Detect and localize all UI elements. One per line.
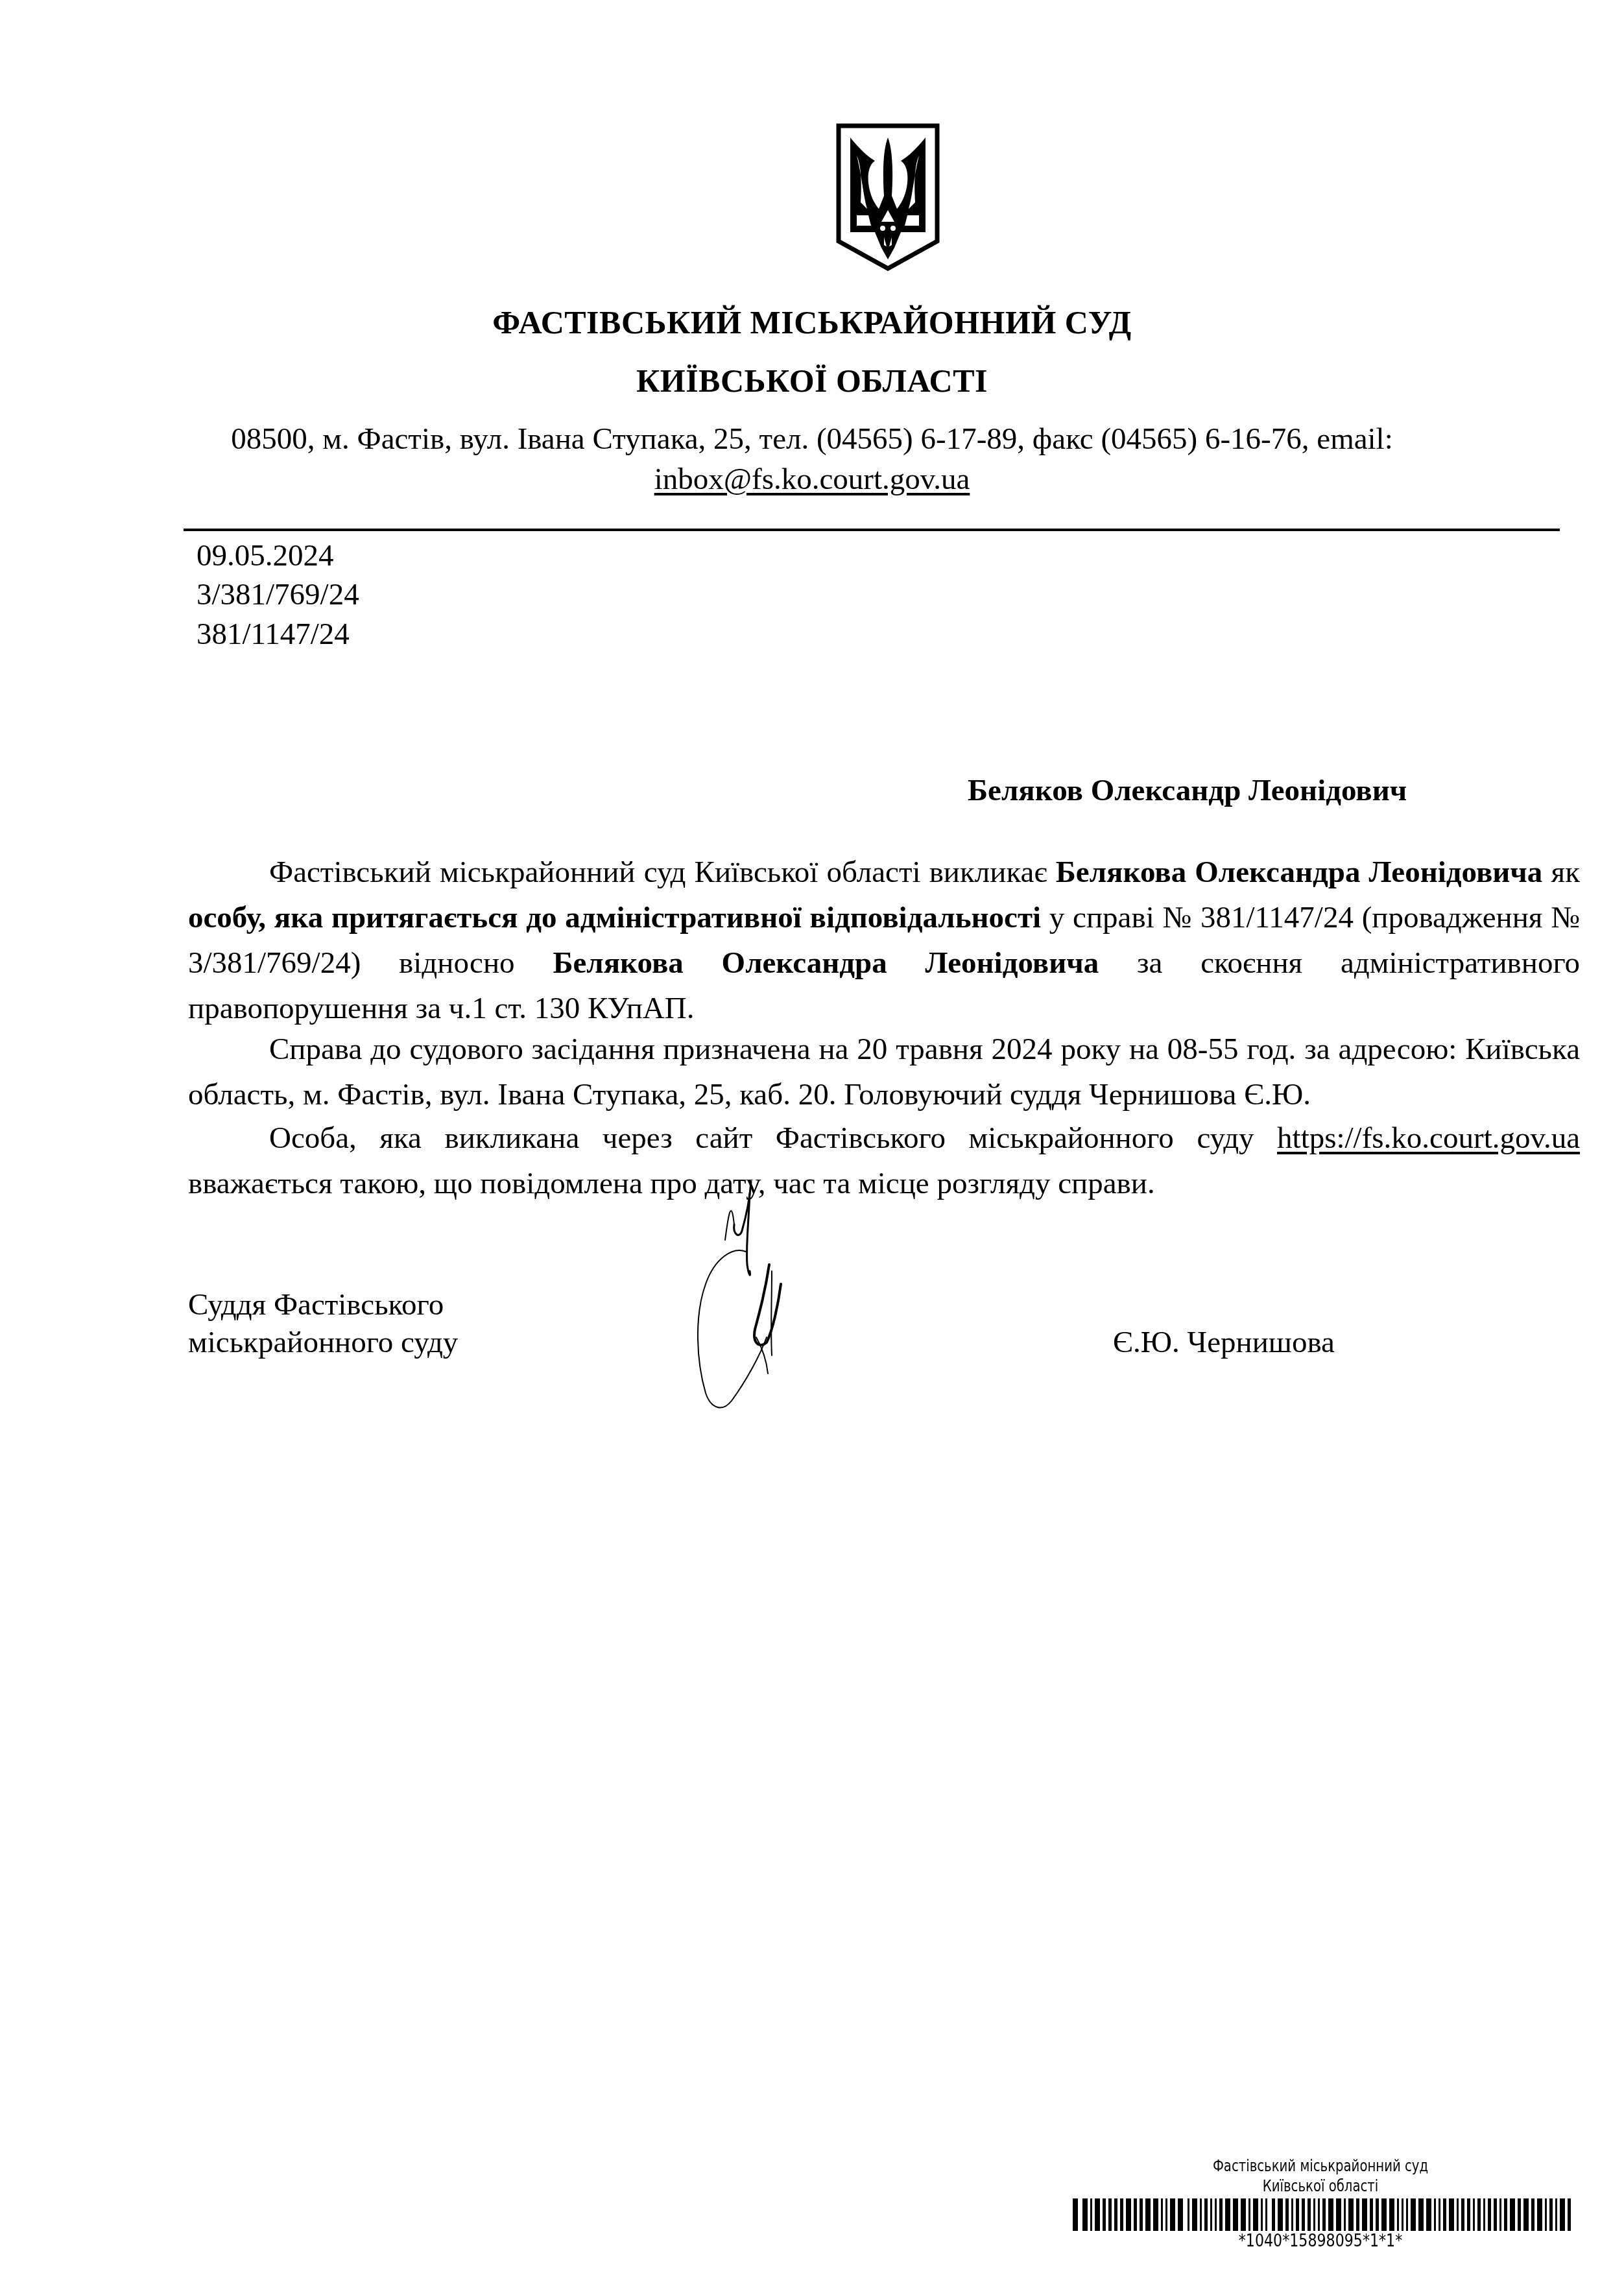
defendant-name: Белякова Олександра Леонідовича [1056,855,1543,889]
court-contacts: 08500, м. Фастів, вул. Івана Ступака, 25… [0,422,1624,457]
court-name-line1: ФАСТІВСЬКИЙ МІСЬКРАЙОННИЙ СУД [0,304,1624,341]
defendant-name: Белякова Олександра Леонідовича [553,946,1099,980]
notice-paragraph: Особа, яка викликана через сайт Фастівсь… [188,1115,1580,1206]
barcode-icon [1071,2198,1571,2231]
stamp-region: Київської області [1116,2177,1525,2195]
barcode-number: *1040*15898095*1*1* [1116,2231,1525,2251]
court-email-link[interactable]: inbox@fs.ko.court.gov.ua [654,462,970,496]
court-email-line: inbox@fs.ko.court.gov.ua [0,462,1624,497]
stamp-court-name: Фастівський міськрайонний суд [1116,2157,1525,2175]
court-website-link[interactable]: https://fs.ko.court.gov.ua [1277,1121,1580,1155]
signer-title-line2: міськрайонного суду [188,1325,458,1360]
hearing-details-paragraph: Справа до судового засідання призначена … [188,1027,1580,1117]
coat-of-arms-icon [832,118,944,274]
summons-paragraph: Фастівський міськрайонний суд Київської … [188,850,1580,1031]
defendant-role: особу, яка притягається до адміністратив… [188,901,1041,935]
proceeding-number: 3/381/769/24 [197,577,359,612]
handwritten-signature-icon [675,1167,824,1420]
signer-name: Є.Ю. Чернишова [1113,1325,1335,1360]
case-number: 381/1147/24 [197,617,350,652]
document-date: 09.05.2024 [197,538,334,573]
addressee-name: Беляков Олександр Леонідович [968,773,1407,808]
court-name-line2: КИЇВСЬКОЇ ОБЛАСТІ [0,362,1624,399]
header-separator [184,529,1560,531]
signer-title-line1: Суддя Фастівського [188,1287,444,1322]
